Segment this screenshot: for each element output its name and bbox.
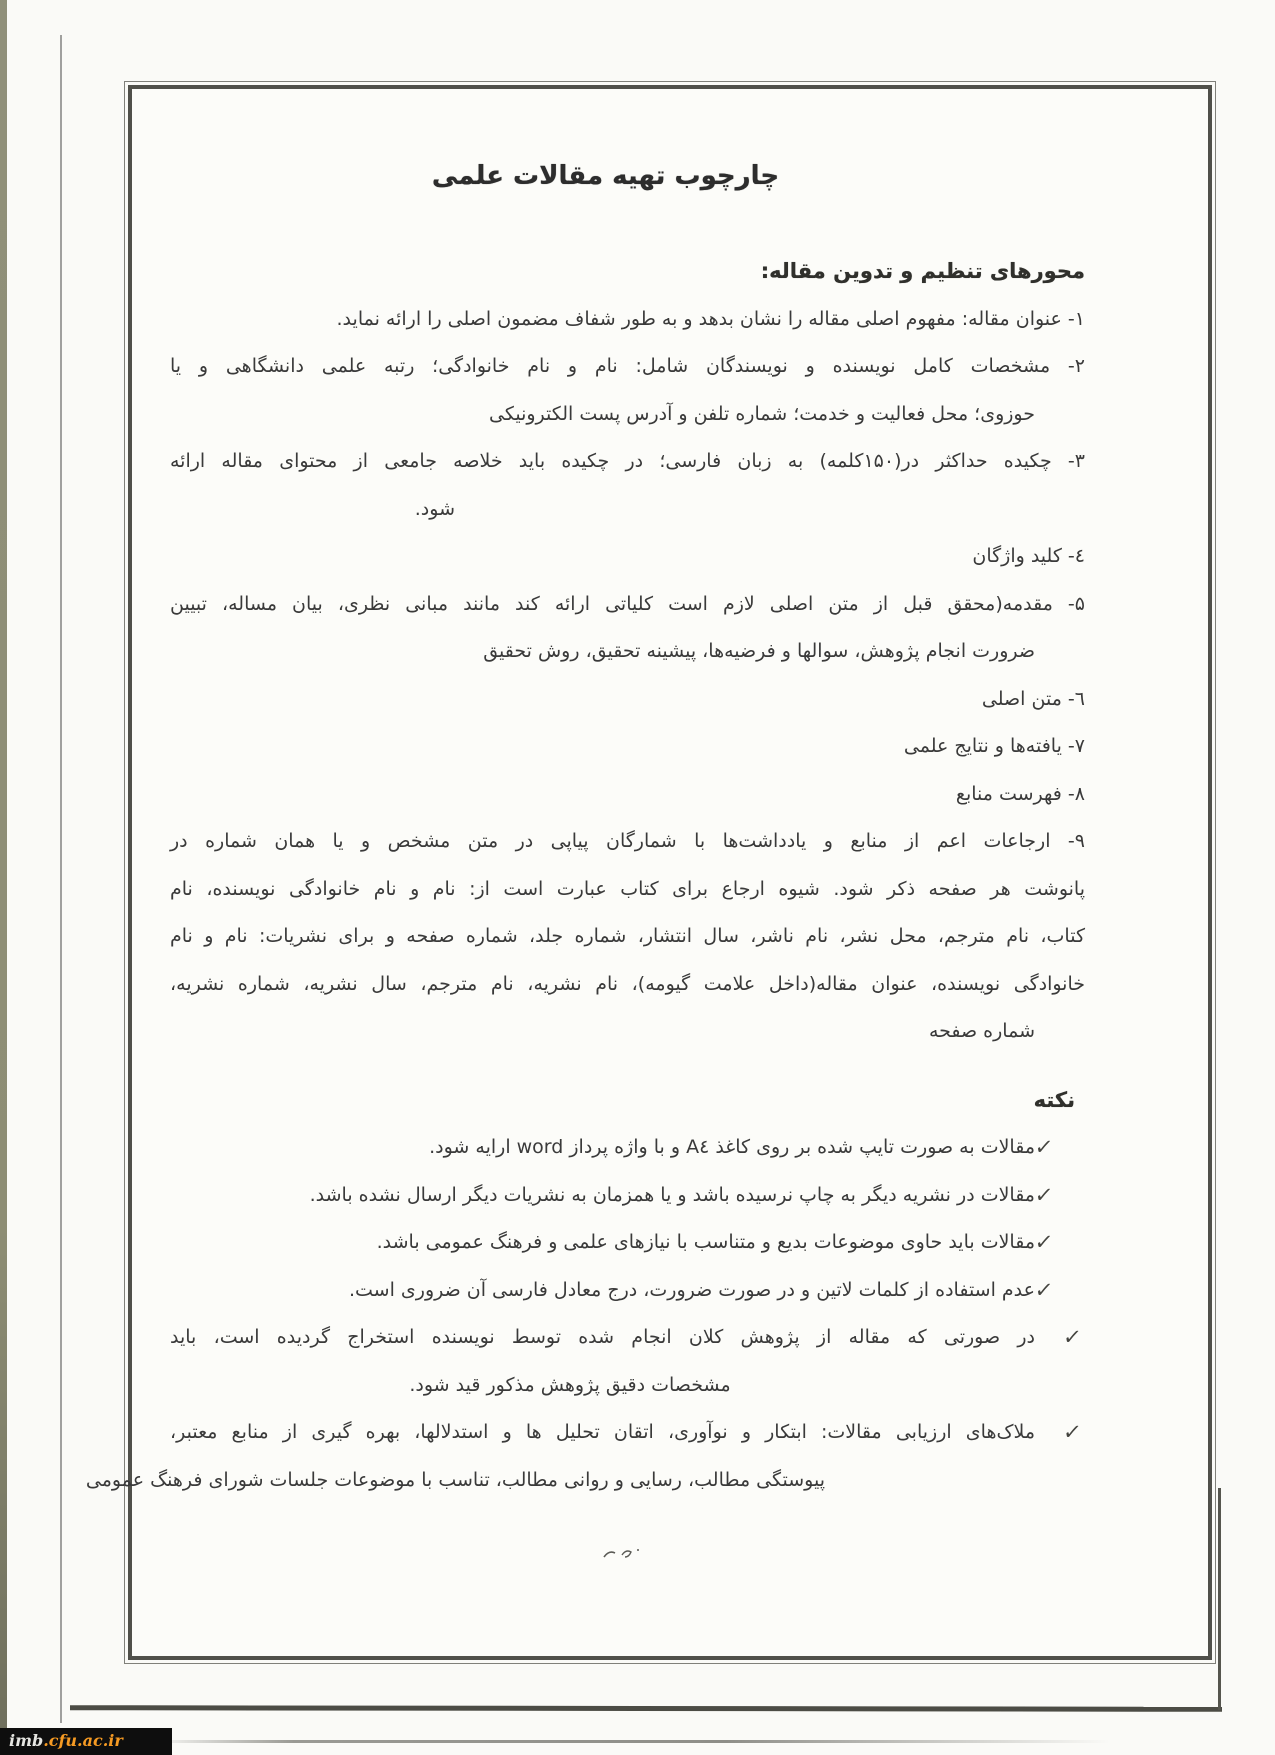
line-text: در صورتی که مقاله از پژوهش کلان انجام شد… [170, 1326, 1035, 1348]
paper-bottom-edge [70, 1705, 1222, 1712]
checkmark-icon: ✓ [1032, 1172, 1085, 1220]
line-text: شود. [415, 498, 455, 520]
line-text: مقالات در نشریه دیگر به چاپ نرسیده باشد … [310, 1184, 1035, 1206]
line-text: ۷- یافته‌ها و نتایج علمی [904, 735, 1085, 757]
ink-mark [598, 1545, 644, 1563]
line-text: پانوشت هر صفحه ذکر شود. شیوه ارجاع برای … [170, 878, 1085, 900]
document-line: ۹- ارجاعات اعم از منابع و یادداشت‌ها با … [170, 818, 1085, 866]
document-line: ✓عدم استفاده از کلمات لاتین و در صورت ضر… [170, 1267, 1085, 1315]
watermark-text: imb.cfu.ac.ir [0, 1728, 172, 1754]
section-heading: محورهای تنظیم و تدوین مقاله: [170, 248, 1085, 296]
line-text: ۵- مقدمه(محقق قبل از متن اصلی لازم است ک… [170, 593, 1085, 615]
document-line: ٤- کلید واژگان [170, 533, 1085, 581]
line-text: خانوادگی نویسنده، عنوان مقاله(داخل علامت… [170, 973, 1085, 995]
document-line: ۳- چکیده حداکثر در(۱۵۰کلمه) به زبان فارس… [170, 438, 1085, 486]
document-body: محورهای تنظیم و تدوین مقاله:۱- عنوان مقا… [170, 248, 1085, 1504]
line-text: مقالات به صورت تایپ شده بر روی کاغذ A٤ و… [429, 1136, 1035, 1158]
line-text: عدم استفاده از کلمات لاتین و در صورت ضرو… [349, 1279, 1035, 1301]
scan-edge-strip [0, 0, 7, 1755]
line-text: مشخصات دقیق پژوهش مذکور قید شود. [409, 1374, 730, 1396]
line-text: ۲- مشخصات کامل نویسنده و نویسندگان شامل:… [170, 355, 1085, 377]
line-text: ۳- چکیده حداکثر در(۱۵۰کلمه) به زبان فارس… [170, 450, 1085, 472]
document-line: ۸- فهرست منابع [170, 771, 1085, 819]
watermark-band: imb.cfu.ac.ir [0, 1728, 172, 1755]
paper-right-edge [1218, 1488, 1221, 1710]
document-line: کتاب، نام مترجم، محل نشر، نام ناشر، سال … [170, 913, 1085, 961]
checkmark-icon: ✓ [1032, 1314, 1085, 1362]
line-text: ۱- عنوان مقاله: مفهوم اصلی مقاله را نشان… [337, 308, 1085, 330]
document-line: ۵- مقدمه(محقق قبل از متن اصلی لازم است ک… [170, 581, 1085, 629]
checkmark-icon: ✓ [1032, 1219, 1085, 1267]
line-text: ٤- کلید واژگان [972, 545, 1085, 567]
line-text: محورهای تنظیم و تدوین مقاله: [761, 259, 1085, 283]
section-heading: نکته [170, 1077, 1085, 1125]
line-text: ٦- متن اصلی [982, 688, 1085, 710]
document-line: ✓مقالات در نشریه دیگر به چاپ نرسیده باشد… [170, 1172, 1085, 1220]
line-text: مقالات باید حاوی موضوعات بدیع و متناسب ب… [377, 1231, 1035, 1253]
document-content: چارچوب تهیه مقالات علمی محورهای تنظیم و … [170, 148, 1085, 1504]
document-line: ✓مقالات به صورت تایپ شده بر روی کاغذ A٤ … [170, 1124, 1085, 1172]
document-line: ضرورت انجام پژوهش، سوالها و فرضیه‌ها، پی… [170, 628, 1085, 676]
document-line: ۱- عنوان مقاله: مفهوم اصلی مقاله را نشان… [170, 296, 1085, 344]
paper-curl-shadow [150, 1740, 1110, 1743]
line-text: حوزوی؛ محل فعالیت و خدمت؛ شماره تلفن و آ… [489, 403, 1035, 425]
watermark-prefix: imb [9, 1731, 43, 1750]
scanned-document-page: { "document": { "title": "چارچوب تهیه مق… [0, 0, 1275, 1755]
document-line: شود. [170, 486, 1085, 534]
document-line: ۲- مشخصات کامل نویسنده و نویسندگان شامل:… [170, 343, 1085, 391]
document-line: ✓ملاک‌های ارزیابی مقالات: ابتکار و نوآور… [170, 1409, 1085, 1457]
document-line: ٦- متن اصلی [170, 676, 1085, 724]
checkmark-icon: ✓ [1032, 1267, 1085, 1315]
line-text: نکته [1034, 1088, 1075, 1112]
line-text: پیوستگی مطالب، رسایی و روانی مطالب، تناس… [86, 1469, 825, 1491]
line-text: ۹- ارجاعات اعم از منابع و یادداشت‌ها با … [170, 830, 1085, 852]
document-line: ✓در صورتی که مقاله از پژوهش کلان انجام ش… [170, 1314, 1085, 1362]
checkmark-icon: ✓ [1032, 1409, 1085, 1457]
line-text: کتاب، نام مترجم، محل نشر، نام ناشر، سال … [170, 925, 1085, 947]
line-text: ضرورت انجام پژوهش، سوالها و فرضیه‌ها، پی… [483, 640, 1035, 662]
document-title: چارچوب تهیه مقالات علمی [148, 148, 1063, 204]
document-line: حوزوی؛ محل فعالیت و خدمت؛ شماره تلفن و آ… [170, 391, 1085, 439]
scan-noise-specks [0, 0, 2, 2]
line-text: ۸- فهرست منابع [956, 783, 1085, 805]
document-line: شماره صفحه [170, 1008, 1085, 1056]
document-line: مشخصات دقیق پژوهش مذکور قید شود. [170, 1362, 1085, 1410]
watermark-suffix: .cfu.ac.ir [43, 1731, 123, 1750]
document-line: ✓مقالات باید حاوی موضوعات بدیع و متناسب … [170, 1219, 1085, 1267]
document-line: ۷- یافته‌ها و نتایج علمی [170, 723, 1085, 771]
document-line: خانوادگی نویسنده، عنوان مقاله(داخل علامت… [170, 961, 1085, 1009]
line-text: ملاک‌های ارزیابی مقالات: ابتکار و نوآوری… [170, 1421, 1035, 1443]
document-line: پیوستگی مطالب، رسایی و روانی مطالب، تناس… [170, 1457, 1085, 1505]
scan-fold-line [60, 35, 62, 1723]
line-text: شماره صفحه [929, 1020, 1035, 1042]
checkmark-icon: ✓ [1032, 1124, 1085, 1172]
document-line: پانوشت هر صفحه ذکر شود. شیوه ارجاع برای … [170, 866, 1085, 914]
